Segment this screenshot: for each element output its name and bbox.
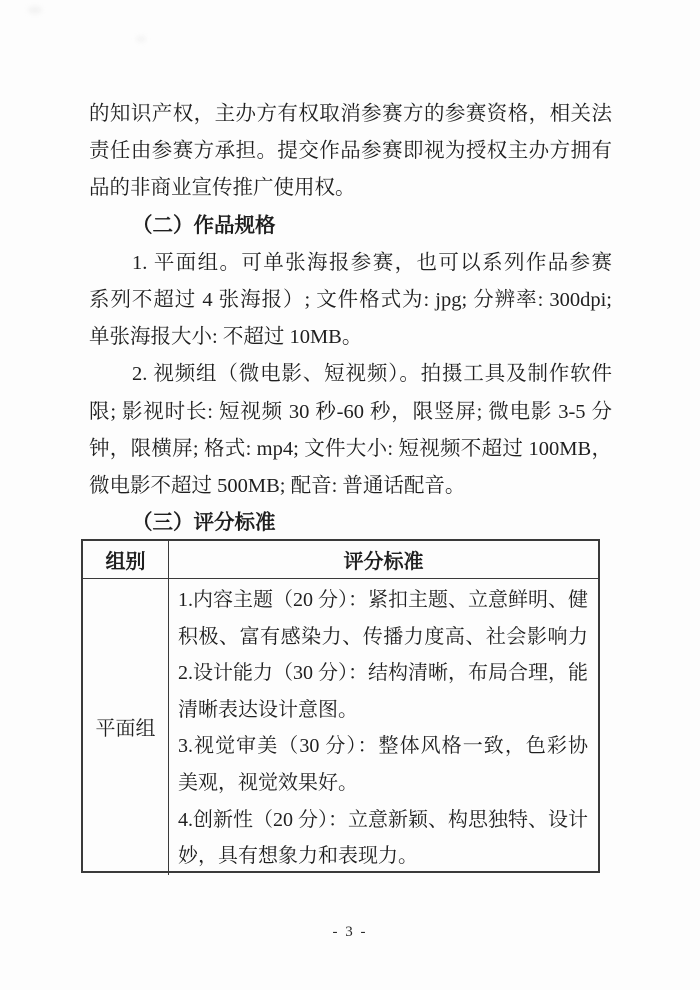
text-line: 责任由参赛方承担。提交作品参赛即视为授权主办方拥有作 bbox=[89, 133, 612, 170]
criteria-line: 1.内容主题（20 分）：紧扣主题、立意鲜明、健康 bbox=[178, 582, 588, 619]
section-heading-specs: （二）作品规格 bbox=[89, 208, 612, 245]
scoring-table: 组别 评分标准 平面组 1.内容主题（20 分）：紧扣主题、立意鲜明、健康 积极… bbox=[81, 539, 600, 873]
text-line: 品的非商业宣传推广使用权。 bbox=[89, 170, 612, 207]
table-header-criteria: 评分标准 bbox=[169, 541, 598, 578]
group-name-cell: 平面组 bbox=[83, 579, 169, 875]
text-line: 钟，限横屏; 格式: mp4; 文件大小: 短视频不超过 100MB， bbox=[89, 431, 612, 468]
page-number: - 3 - bbox=[0, 924, 700, 941]
criteria-line: 积极、富有感染力、传播力度高、社会影响力好。 bbox=[178, 619, 588, 656]
criteria-line: 美观，视觉效果好。 bbox=[178, 765, 588, 802]
text-line: 系列不超过 4 张海报）; 文件格式为: jpg; 分辨率: 300dpi; bbox=[89, 282, 612, 319]
table-row: 平面组 1.内容主题（20 分）：紧扣主题、立意鲜明、健康 积极、富有感染力、传… bbox=[83, 579, 598, 875]
criteria-line: 4.创新性（20 分）：立意新颖、构思独特、设计巧 bbox=[178, 802, 588, 839]
criteria-cell: 1.内容主题（20 分）：紧扣主题、立意鲜明、健康 积极、富有感染力、传播力度高… bbox=[169, 579, 598, 875]
text-line: 2. 视频组（微电影、短视频）。拍摄工具及制作软件不 bbox=[89, 356, 612, 393]
text-line: 微电影不超过 500MB; 配音: 普通话配音。 bbox=[89, 468, 612, 505]
text-line: 的知识产权，主办方有权取消参赛方的参赛资格，相关法律 bbox=[89, 96, 612, 133]
criteria-line: 清晰表达设计意图。 bbox=[178, 692, 588, 729]
body-text: 的知识产权，主办方有权取消参赛方的参赛资格，相关法律 责任由参赛方承担。提交作品… bbox=[89, 96, 612, 542]
text-line: 单张海报大小: 不超过 10MB。 bbox=[89, 319, 612, 356]
criteria-line: 2.设计能力（30 分）：结构清晰，布局合理，能够 bbox=[178, 655, 588, 692]
section-heading-scoring: （三）评分标准 bbox=[89, 505, 612, 542]
criteria-line: 妙，具有想象力和表现力。 bbox=[178, 838, 588, 875]
criteria-line: 3.视觉审美（30 分）：整体风格一致，色彩协调、 bbox=[178, 728, 588, 765]
scan-smudge bbox=[28, 6, 42, 14]
text-line: 1. 平面组。可单张海报参赛，也可以系列作品参赛（每 bbox=[89, 245, 612, 282]
document-page: 的知识产权，主办方有权取消参赛方的参赛资格，相关法律 责任由参赛方承担。提交作品… bbox=[0, 0, 700, 990]
text-line: 限; 影视时长: 短视频 30 秒-60 秒，限竖屏; 微电影 3-5 分 bbox=[89, 394, 612, 431]
scan-smudge bbox=[136, 36, 146, 42]
table-header-row: 组别 评分标准 bbox=[83, 541, 598, 579]
table-header-group: 组别 bbox=[83, 541, 169, 578]
